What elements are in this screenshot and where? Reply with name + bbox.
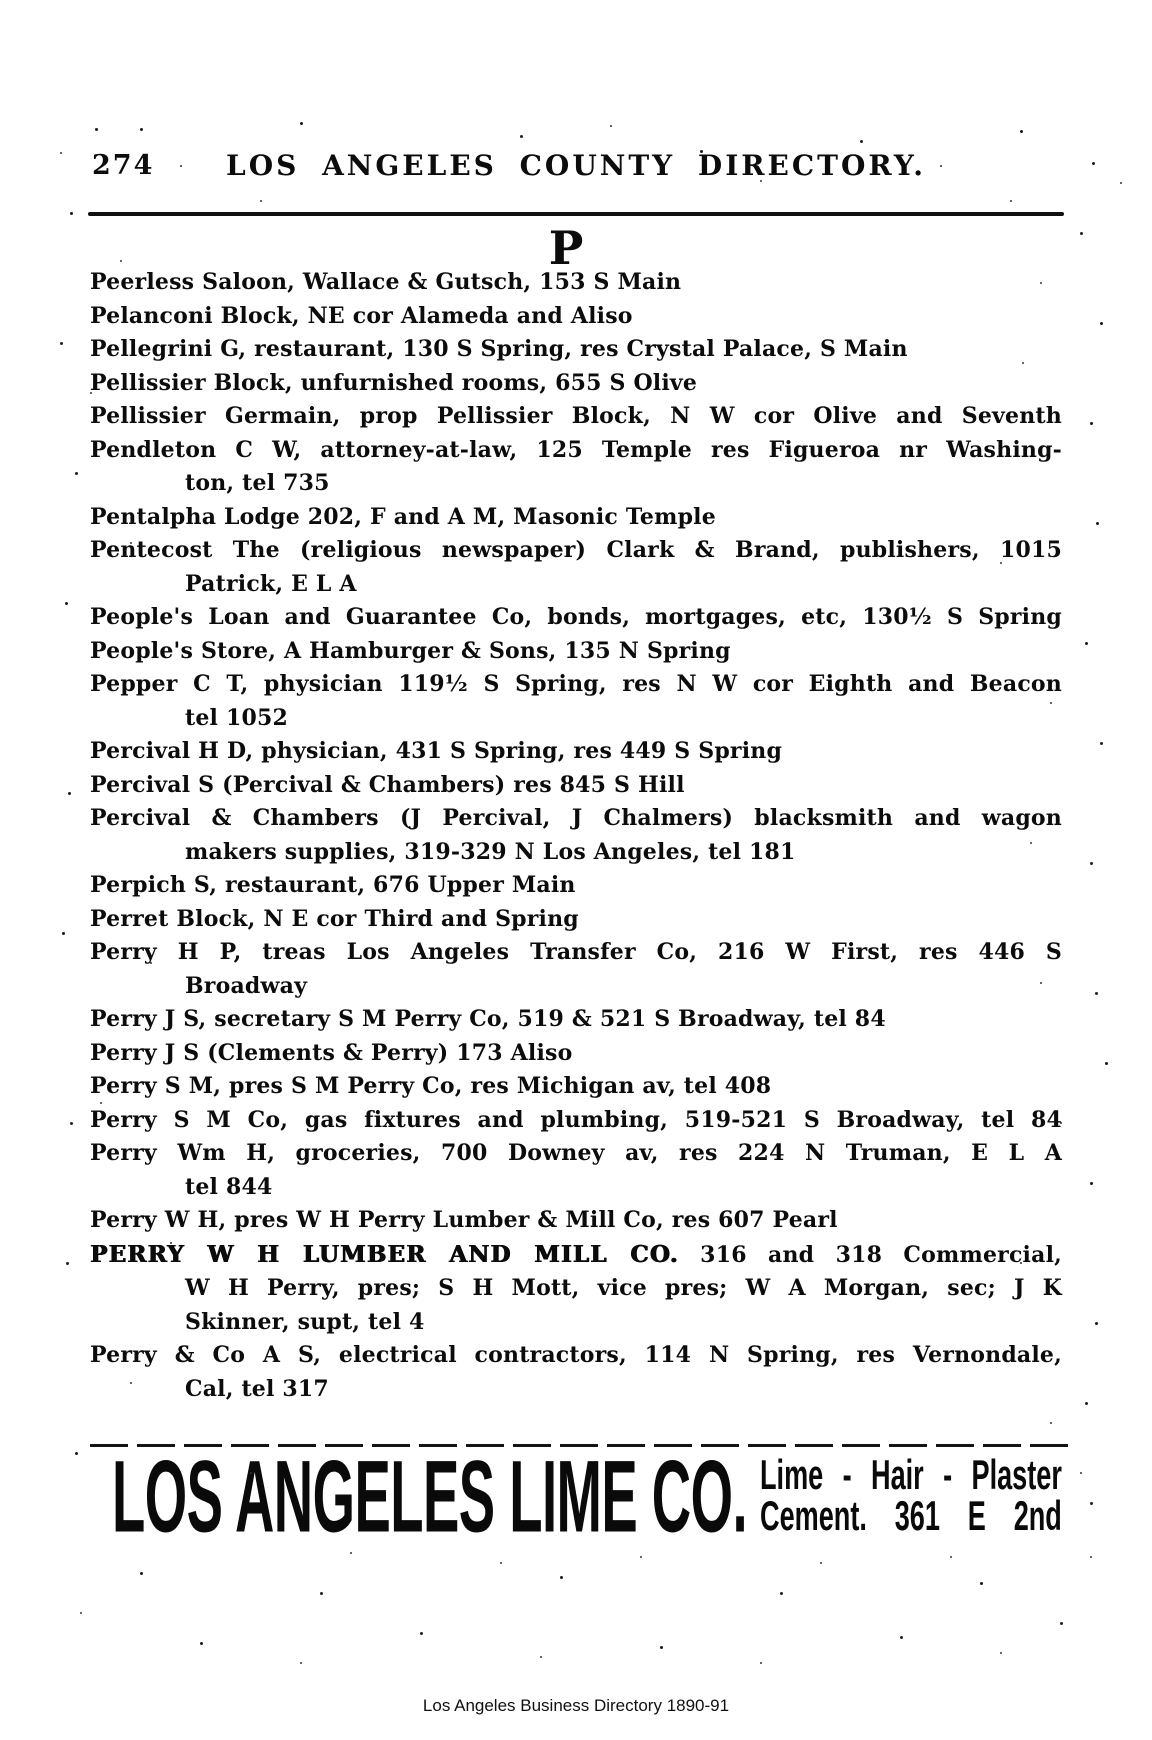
entry-line: tel 844: [90, 1171, 1062, 1205]
entry-line: Percival & Chambers (J Percival, J Chalm…: [90, 802, 1062, 836]
directory-entry: Percival H D, physician, 431 S Spring, r…: [90, 735, 1062, 769]
directory-entry: Percival S (Percival & Chambers) res 845…: [90, 769, 1062, 803]
entry-line: Perry & Co A S, electrical contractors, …: [90, 1339, 1062, 1373]
entry-line: Patrick, E L A: [90, 568, 1062, 602]
entry-line: tel 1052: [90, 702, 1062, 736]
directory-entry: Peerless Saloon, Wallace & Gutsch, 153 S…: [90, 266, 1062, 300]
directory-entry: Pentecost The (religious newspaper) Clar…: [90, 534, 1062, 601]
entry-line: Pelanconi Block, NE cor Alameda and Alis…: [90, 300, 1062, 334]
entry-line: W H Perry, pres; S H Mott, vice pres; W …: [90, 1272, 1062, 1306]
entry-line: People's Loan and Guarantee Co, bonds, m…: [90, 601, 1062, 635]
entry-line: Percival S (Percival & Chambers) res 845…: [90, 769, 1062, 803]
directory-entry: Perry & Co A S, electrical contractors, …: [90, 1339, 1062, 1406]
directory-entry: Perry Wm H, groceries, 700 Downey av, re…: [90, 1137, 1062, 1204]
entry-line: Cal, tel 317: [90, 1373, 1062, 1407]
entry-line: Pentecost The (religious newspaper) Clar…: [90, 534, 1062, 568]
ad-products-line1: Lime - Hair - Plaster: [760, 1454, 1062, 1495]
directory-entry: Perret Block, N E cor Third and Spring: [90, 903, 1062, 937]
directory-entry: Pellissier Block, unfurnished rooms, 655…: [90, 367, 1062, 401]
entry-line: Pellissier Block, unfurnished rooms, 655…: [90, 367, 1062, 401]
entry-line: PERRY W H LUMBER AND MILL CO. 316 and 31…: [90, 1238, 1062, 1273]
directory-entry: Perry S M, pres S M Perry Co, res Michig…: [90, 1070, 1062, 1104]
entry-line: Pepper C T, physician 119½ S Spring, res…: [90, 668, 1062, 702]
directory-entry: Pepper C T, physician 119½ S Spring, res…: [90, 668, 1062, 735]
directory-entry: Perry J S, secretary S M Perry Co, 519 &…: [90, 1003, 1062, 1037]
entry-line: Peerless Saloon, Wallace & Gutsch, 153 S…: [90, 266, 1062, 300]
directory-entry: People's Store, A Hamburger & Sons, 135 …: [90, 635, 1062, 669]
directory-entry: Perry H P, treas Los Angeles Transfer Co…: [90, 936, 1062, 1003]
directory-entry: Pendleton C W, attorney-at-law, 125 Temp…: [90, 434, 1062, 501]
entry-bold-name: PERRY W H LUMBER AND MILL CO.: [90, 1241, 679, 1268]
entry-line: makers supplies, 319-329 N Los Angeles, …: [90, 836, 1062, 870]
header-rule: [88, 212, 1064, 216]
scan-noise-layer-2: [0, 0, 2, 2]
directory-page-scan: 274 LOS ANGELES COUNTY DIRECTORY. P Peer…: [0, 0, 1152, 1740]
entry-line: Perry Wm H, groceries, 700 Downey av, re…: [90, 1137, 1062, 1171]
entry-line: Pellissier Germain, prop Pellissier Bloc…: [90, 400, 1062, 434]
entry-line: Skinner, supt, tel 4: [90, 1306, 1062, 1340]
directory-entry: Perry W H, pres W H Perry Lumber & Mill …: [90, 1204, 1062, 1238]
directory-entry: Pelanconi Block, NE cor Alameda and Alis…: [90, 300, 1062, 334]
entry-line: Perpich S, restaurant, 676 Upper Main: [90, 869, 1062, 903]
entry-line: Perry S M Co, gas fixtures and plumbing,…: [90, 1104, 1062, 1138]
footer-caption: Los Angeles Business Directory 1890-91: [0, 1696, 1152, 1716]
directory-entry: Pellegrini G, restaurant, 130 S Spring, …: [90, 333, 1062, 367]
entry-line: Perret Block, N E cor Third and Spring: [90, 903, 1062, 937]
entry-line: Broadway: [90, 970, 1062, 1004]
entry-line: ton, tel 735: [90, 467, 1062, 501]
entry-line: Perry W H, pres W H Perry Lumber & Mill …: [90, 1204, 1062, 1238]
entry-line: Perry H P, treas Los Angeles Transfer Co…: [90, 936, 1062, 970]
entry-line: Perry J S, secretary S M Perry Co, 519 &…: [90, 1003, 1062, 1037]
directory-entry: Perry J S (Clements & Perry) 173 Aliso: [90, 1037, 1062, 1071]
entry-line: Pentalpha Lodge 202, F and A M, Masonic …: [90, 501, 1062, 535]
entry-line: Pendleton C W, attorney-at-law, 125 Temp…: [90, 434, 1062, 468]
directory-entry: Percival & Chambers (J Percival, J Chalm…: [90, 802, 1062, 869]
entry-line: Percival H D, physician, 431 S Spring, r…: [90, 735, 1062, 769]
directory-entry: Perry S M Co, gas fixtures and plumbing,…: [90, 1104, 1062, 1138]
entry-line: People's Store, A Hamburger & Sons, 135 …: [90, 635, 1062, 669]
ad-products-line2: Cement. 361 E 2nd: [760, 1495, 1062, 1536]
directory-entry: People's Loan and Guarantee Co, bonds, m…: [90, 601, 1062, 635]
entry-line: Perry J S (Clements & Perry) 173 Aliso: [90, 1037, 1062, 1071]
ad-company-name: LOS ANGELES LIME CO.: [112, 1450, 747, 1544]
page-title: LOS ANGELES COUNTY DIRECTORY.: [90, 146, 1062, 186]
scan-noise-layer-1: [0, 0, 3, 3]
ad-products: Lime - Hair - Plaster Cement. 361 E 2nd: [760, 1454, 1062, 1536]
directory-entry: Pellissier Germain, prop Pellissier Bloc…: [90, 400, 1062, 434]
entry-line: Perry S M, pres S M Perry Co, res Michig…: [90, 1070, 1062, 1104]
directory-entries: Peerless Saloon, Wallace & Gutsch, 153 S…: [90, 266, 1062, 1406]
lime-co-advertisement: LOS ANGELES LIME CO. Lime - Hair - Plast…: [0, 1448, 1152, 1548]
directory-entry: PERRY W H LUMBER AND MILL CO. 316 and 31…: [90, 1238, 1062, 1340]
directory-entry: Pentalpha Lodge 202, F and A M, Masonic …: [90, 501, 1062, 535]
page-header: 274 LOS ANGELES COUNTY DIRECTORY.: [90, 146, 1062, 186]
directory-entry: Perpich S, restaurant, 676 Upper Main: [90, 869, 1062, 903]
entry-line: Pellegrini G, restaurant, 130 S Spring, …: [90, 333, 1062, 367]
